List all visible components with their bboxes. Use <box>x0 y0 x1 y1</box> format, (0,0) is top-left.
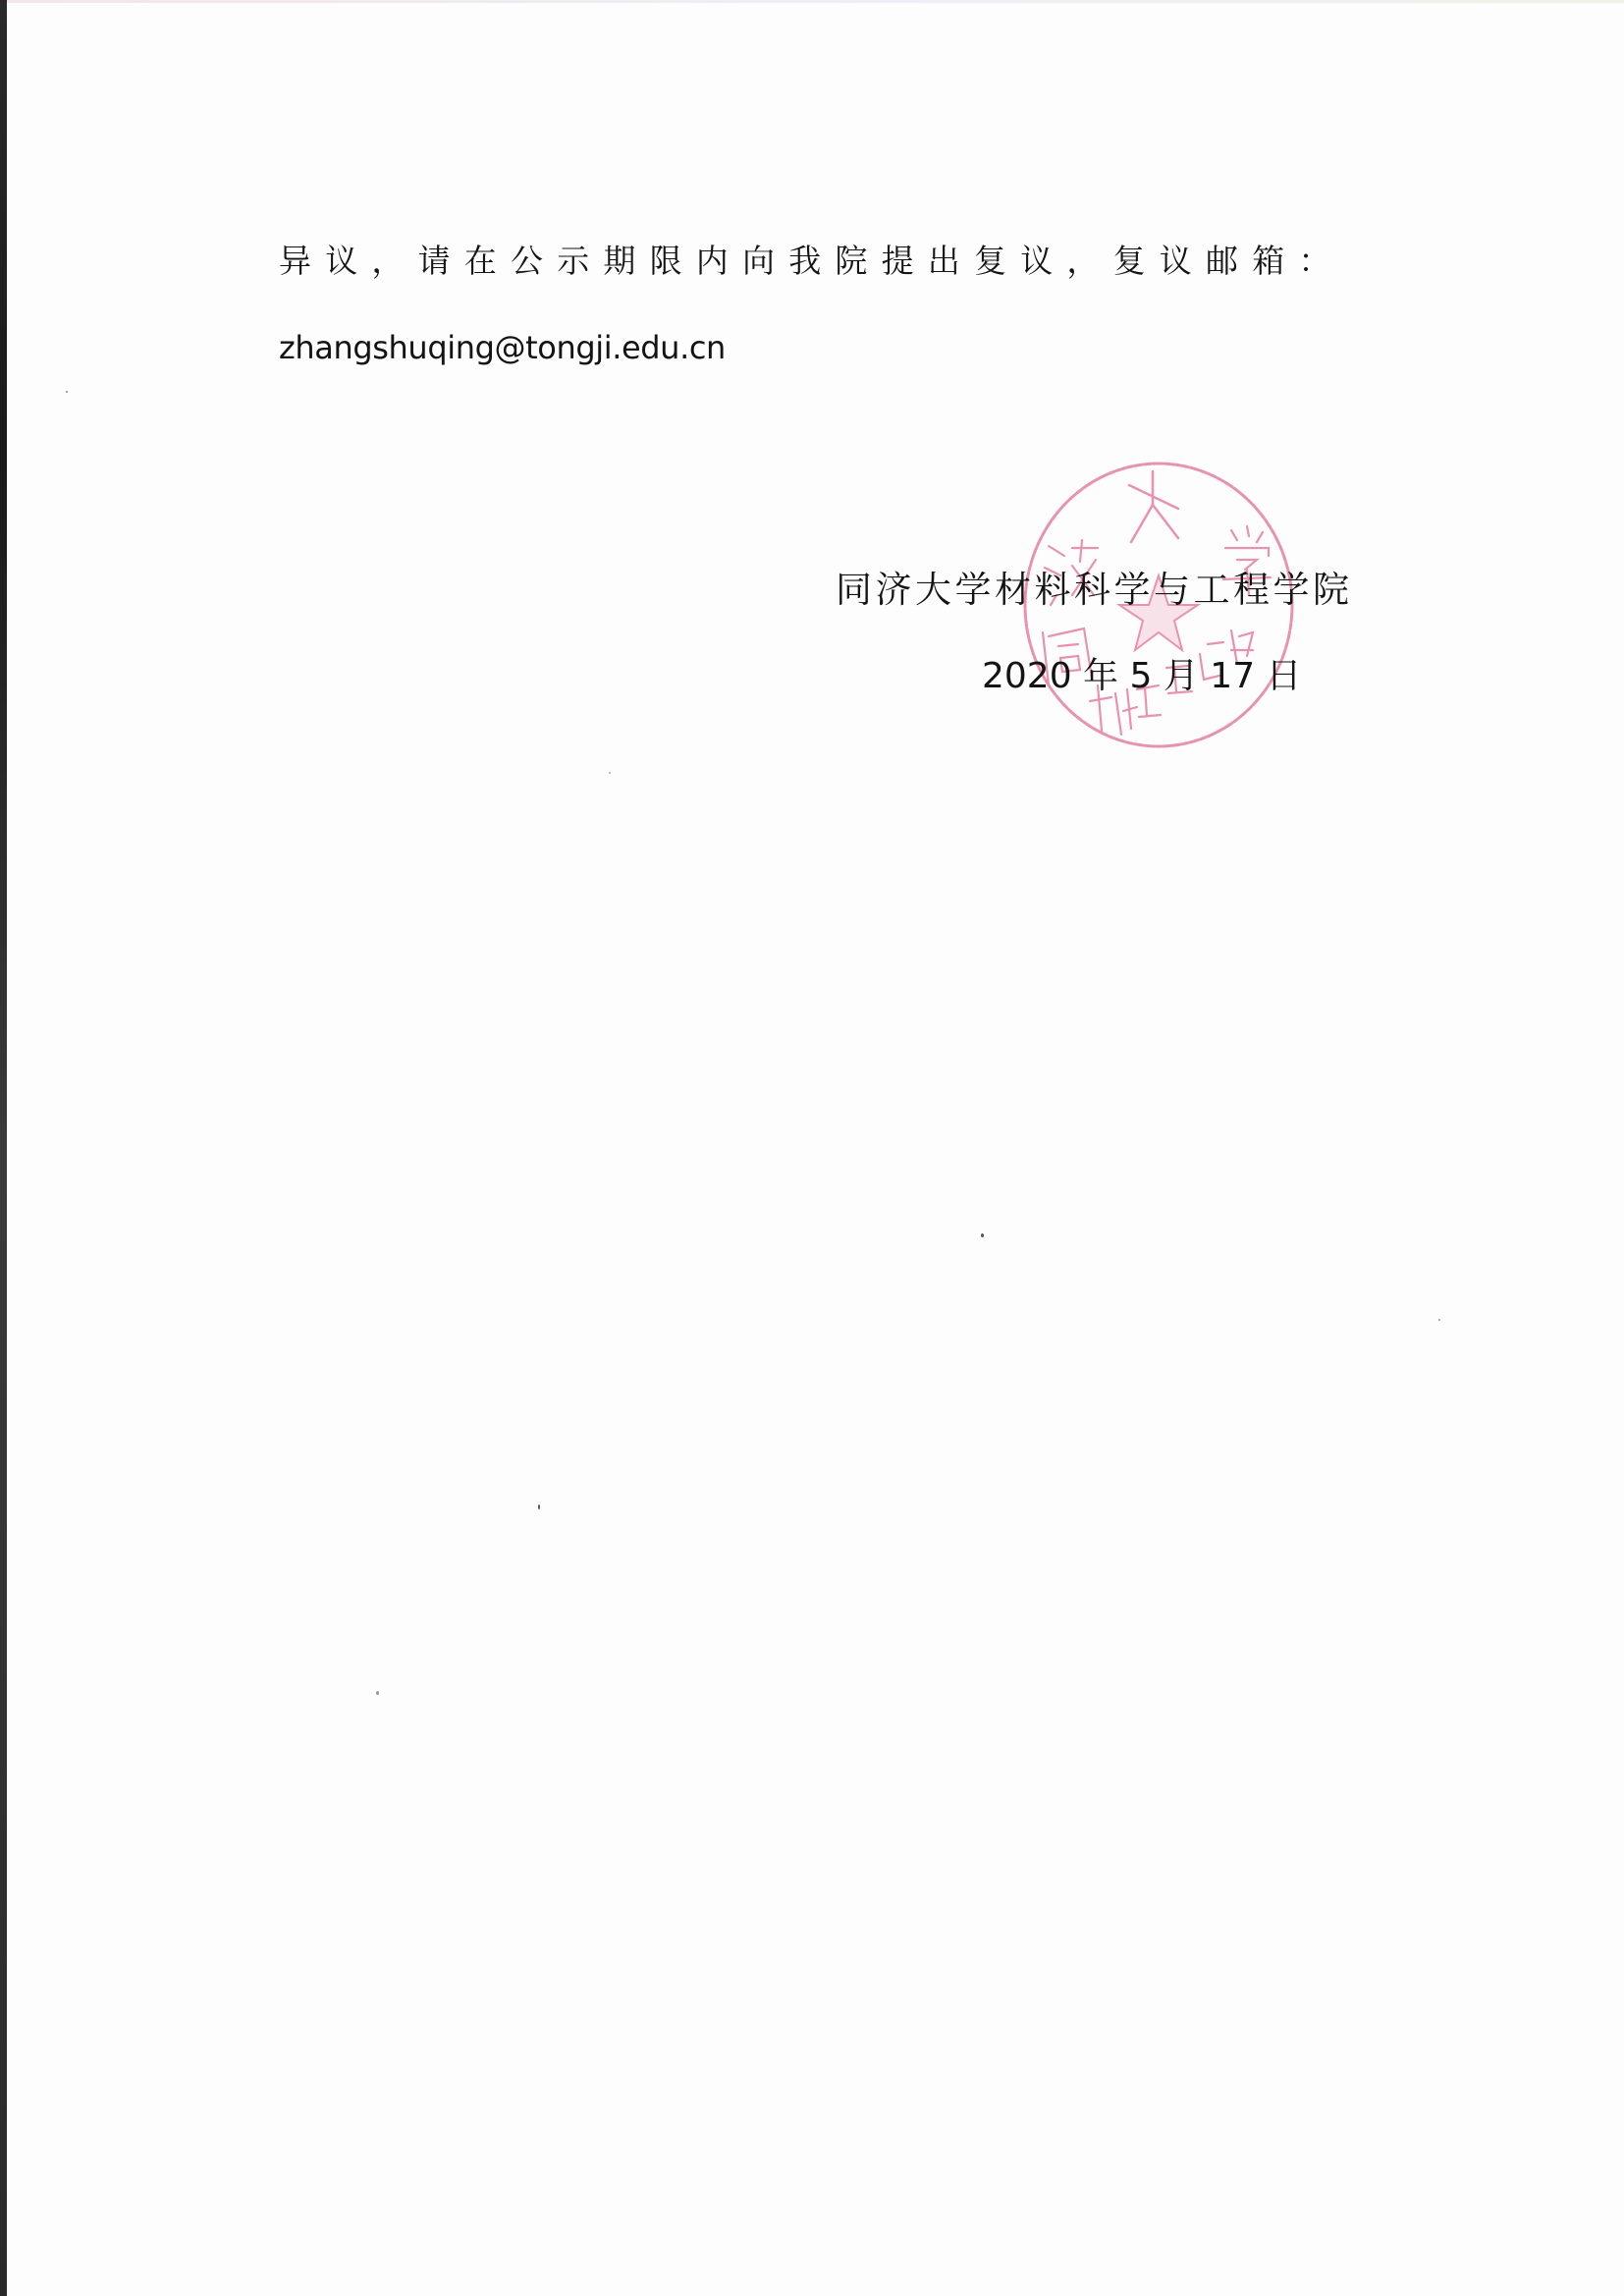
signature-organization: 同济大学材料科学与工程学院 <box>836 572 1353 608</box>
signature-date: 2020 年 5 月 17 日 <box>982 659 1302 694</box>
scan-edge <box>0 0 7 2296</box>
scan-speck <box>1438 1319 1440 1321</box>
contact-email: zhangshuqing@tongji.edu.cn <box>279 332 726 363</box>
scan-speck <box>376 1691 379 1695</box>
scan-speck <box>609 772 611 774</box>
scan-speck <box>981 1233 984 1237</box>
body-text-line: 异议，请在公示期限内向我院提出复议，复议邮箱： <box>279 245 1345 277</box>
scan-speck <box>66 391 68 393</box>
scan-speck <box>538 1504 540 1509</box>
scan-edge-top <box>7 0 1624 3</box>
